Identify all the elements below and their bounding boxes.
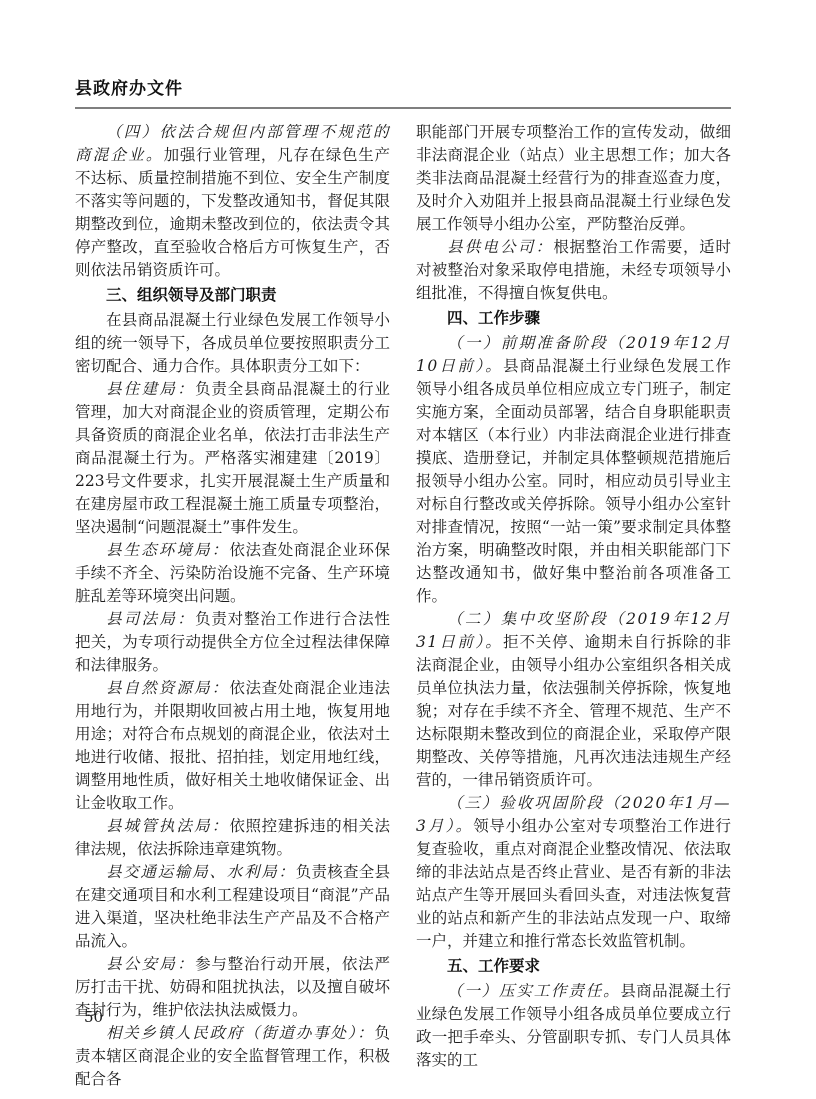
paragraph-lead: 县司法局： <box>106 610 195 628</box>
paragraph: （一）前期准备阶段（2019年12月10日前）。县商品混凝土行业绿色发展工作领导… <box>416 332 731 608</box>
paragraph: （四）依法合规但内部管理不规范的商混企业。加强行业管理，凡存在绿色生产不达标、质… <box>75 121 390 282</box>
paragraph: 县生态环境局：依法查处商混企业环保手续不齐全、污染防治设施不完备、生产环境脏乱差… <box>75 539 390 608</box>
paragraph: 职能部门开展专项整治工作的宣传发动，做细非法商混企业（站点）业主思想工作；加大各… <box>416 121 731 236</box>
header-rule <box>75 107 731 109</box>
paragraph: （三）验收巩固阶段（2020年1月—3月）。领导小组办公室对专项整治工作进行复查… <box>416 792 731 953</box>
document-page: 县政府办文件 （四）依法合规但内部管理不规范的商混企业。加强行业管理，凡存在绿色… <box>0 0 816 1099</box>
paragraph-lead: （一）压实工作责任。 <box>447 982 620 1000</box>
paragraph: 相关乡镇人民政府（街道办事处）：负责本辖区商混企业的安全监督管理工作，积极配合各 <box>75 1022 390 1091</box>
section-heading: 三、组织领导及部门职责 <box>75 284 390 307</box>
paragraph-text: 加强行业管理，凡存在绿色生产不达标、质量控制措施不到位、安全生产制度不落实等问题… <box>75 146 390 279</box>
right-column: 职能部门开展专项整治工作的宣传发动，做细非法商混企业（站点）业主思想工作；加大各… <box>416 121 731 1091</box>
section-heading: 五、工作要求 <box>416 955 731 978</box>
paragraph-lead: 县城管执法局： <box>106 817 229 835</box>
paragraph: 在县商品混凝土行业绿色发展工作领导小组的统一领导下，各成员单位要按照职责分工密切… <box>75 309 390 378</box>
paragraph: 县自然资源局：依法查处商混企业违法用地行为，并限期收回被占用土地，恢复用地用途；… <box>75 677 390 815</box>
paragraph-text: 负责全县商品混凝土的行业管理，加大对商混企业的资质管理，定期公布具备资质的商混企… <box>75 380 390 536</box>
paragraph-text: 县商品混凝土行业绿色发展工作领导小组各成员单位相应成立专门班子，制定实施方案，全… <box>416 357 731 605</box>
paragraph: 县城管执法局：依照控建拆违的相关法律法规，依法拆除违章建筑物。 <box>75 815 390 861</box>
section-heading: 四、工作步骤 <box>416 307 731 330</box>
paragraph-lead: 县公安局： <box>106 955 195 973</box>
paragraph-lead: 县供电公司： <box>447 238 553 256</box>
paragraph: （一）压实工作责任。县商品混凝土行业绿色发展工作领导小组各成员单位要成立行政一把… <box>416 980 731 1072</box>
paragraph-lead: 县交通运输局、水利局： <box>106 863 296 881</box>
document-body: （四）依法合规但内部管理不规范的商混企业。加强行业管理，凡存在绿色生产不达标、质… <box>75 121 731 1091</box>
header-title: 县政府办文件 <box>75 74 731 99</box>
paragraph: 县住建局：负责全县商品混凝土的行业管理，加大对商混企业的资质管理，定期公布具备资… <box>75 378 390 539</box>
paragraph-lead: 相关乡镇人民政府（街道办事处）： <box>106 1024 374 1042</box>
paragraph-text: 领导小组办公室对专项整治工作进行复查验收，重点对商混企业整改情况、依法取缔的非法… <box>416 817 731 950</box>
left-column: （四）依法合规但内部管理不规范的商混企业。加强行业管理，凡存在绿色生产不达标、质… <box>75 121 390 1091</box>
paragraph: 县公安局：参与整治行动开展，依法严厉打击干扰、妨碍和阻扰执法，以及擅自破坏查封行… <box>75 953 390 1022</box>
page-number: 50 <box>84 1006 103 1029</box>
paragraph-lead: 县生态环境局： <box>106 541 229 559</box>
paragraph: 县供电公司：根据整治工作需要，适时对被整治对象采取停电措施，未经专项领导小组批准… <box>416 236 731 305</box>
paragraph-lead: 县自然资源局： <box>106 679 229 697</box>
paragraph-text: 在县商品混凝土行业绿色发展工作领导小组的统一领导下，各成员单位要按照职责分工密切… <box>75 311 390 375</box>
paragraph: （二）集中攻坚阶段（2019年12月31日前）。拒不关停、逾期未自行拆除的非法商… <box>416 608 731 792</box>
paragraph-lead: 县住建局： <box>106 380 195 398</box>
paragraph: 县交通运输局、水利局：负责核查全县在建交通项目和水利工程建设项目“商混”产品进入… <box>75 861 390 953</box>
paragraph-text: 拒不关停、逾期未自行拆除的非法商混企业，由领导小组办公室组织各相关成员单位执法力… <box>416 633 731 789</box>
paragraph: 县司法局：负责对整治工作进行合法性把关，为专项行动提供全方位全过程法律保障和法律… <box>75 608 390 677</box>
paragraph-text: 职能部门开展专项整治工作的宣传发动，做细非法商混企业（站点）业主思想工作；加大各… <box>416 123 731 233</box>
page-header: 县政府办文件 <box>75 74 731 109</box>
paragraph-text: 依法查处商混企业违法用地行为，并限期收回被占用土地，恢复用地用途；对符合布点规划… <box>75 679 390 812</box>
